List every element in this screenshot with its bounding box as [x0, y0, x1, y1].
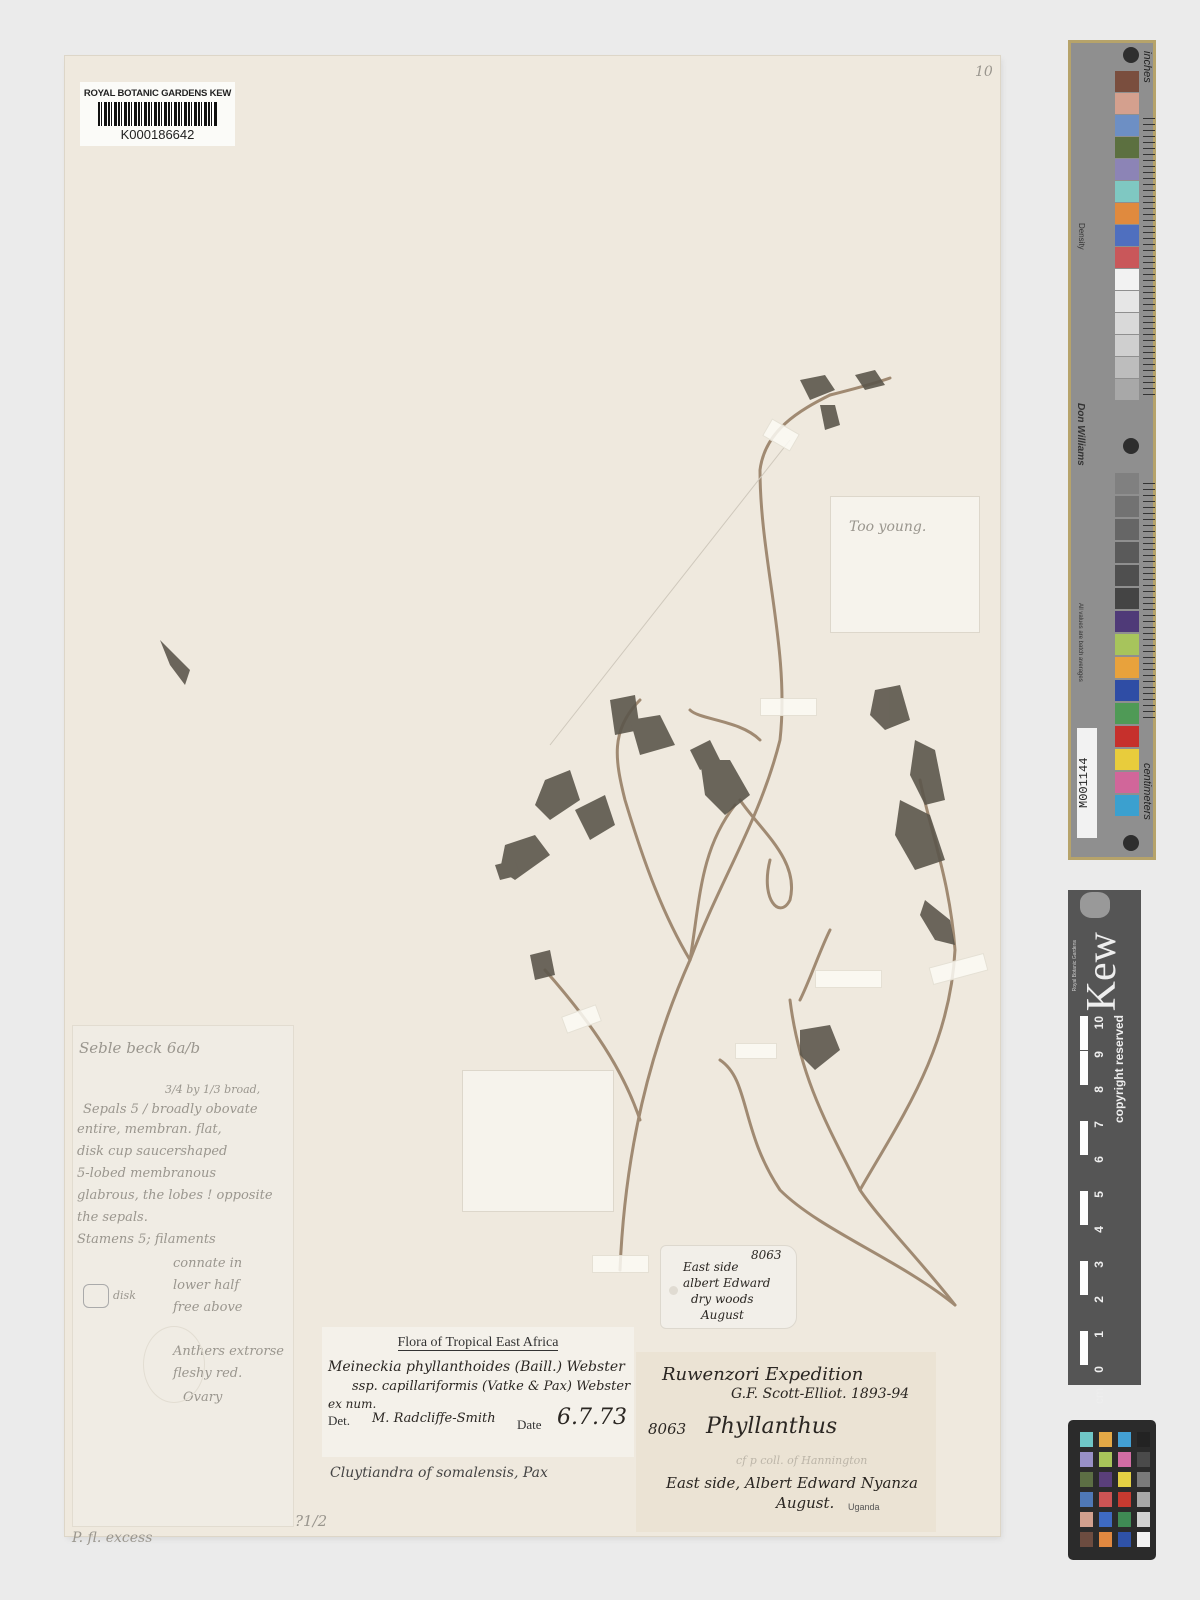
checker-patch [1118, 1472, 1131, 1487]
calibration-swatch [1115, 496, 1139, 517]
calibration-swatch [1115, 542, 1139, 563]
calibration-swatch [1115, 611, 1139, 632]
ruler-unit-cm: centimeters [1141, 763, 1153, 820]
checker-patch [1080, 1472, 1093, 1487]
tag-number: 8063 [751, 1248, 782, 1262]
note-line: the sepals. [77, 1210, 148, 1226]
calibration-swatch [1115, 159, 1139, 180]
checker-patch [1137, 1532, 1150, 1547]
date-label: Date [517, 1417, 542, 1433]
ruler-note: All values are batch averages [1077, 603, 1083, 682]
checker-patch [1099, 1472, 1112, 1487]
determination-label: Flora of Tropical East Africa Meineckia … [322, 1327, 634, 1457]
calibration-swatch [1115, 519, 1139, 540]
calibration-swatch [1115, 749, 1139, 770]
calibration-swatch [1115, 726, 1139, 747]
note-line: entire, membran. flat, [77, 1122, 222, 1138]
mounting-strap [592, 1255, 649, 1273]
kew-logo: Kew [1078, 932, 1128, 1011]
calibration-swatch [1115, 565, 1139, 586]
note-line: glabrous, the lobes ! opposite [77, 1188, 273, 1204]
synonym-note: Cluytiandra of somalensis, Pax [330, 1465, 548, 1481]
calibration-swatch [1115, 247, 1139, 268]
tag-line: dry woods [691, 1292, 754, 1306]
calibration-swatch [1115, 657, 1139, 678]
note-line: 3/4 by 1/3 broad, [165, 1082, 260, 1098]
pencil-footnote: P. fl. excess [72, 1530, 152, 1546]
checker-patch [1099, 1532, 1112, 1547]
calibration-swatch [1115, 772, 1139, 793]
note-line: 5-lobed membranous [77, 1166, 216, 1182]
mounting-strap [815, 970, 882, 988]
checker-patch [1099, 1452, 1112, 1467]
country: Uganda [848, 1502, 880, 1512]
checker-patch [1099, 1432, 1112, 1447]
tag-line: East side [683, 1260, 739, 1274]
calibration-swatch [1115, 203, 1139, 224]
packet-note: Too young. [849, 519, 926, 535]
calibration-swatch [1115, 680, 1139, 701]
tick-label: 9 [1092, 1051, 1106, 1058]
ruler-hole [1123, 438, 1139, 454]
det-label: Det. [328, 1413, 350, 1429]
checker-patch [1118, 1432, 1131, 1447]
tick-label: 4 [1092, 1226, 1106, 1233]
checker-patch [1118, 1532, 1131, 1547]
calibration-swatch [1115, 313, 1139, 334]
cm-scale-ticks [1068, 1016, 1088, 1366]
mounting-strap [760, 698, 817, 716]
det-header-text: Flora of Tropical East Africa [398, 1335, 559, 1351]
note-line: free above [173, 1300, 242, 1316]
calibration-swatch [1115, 357, 1139, 378]
checker-patch [1118, 1452, 1131, 1467]
calibration-swatch [1115, 703, 1139, 724]
calibration-swatch [1115, 225, 1139, 246]
ruler-serial: M001144 [1077, 728, 1097, 838]
ruler-brand: Don Williams [1075, 403, 1086, 466]
calibration-swatch [1115, 93, 1139, 114]
collection-number: 8063 [648, 1420, 686, 1438]
ruler-unit-inches: inches [1141, 51, 1153, 83]
det-date: 6.7.73 [557, 1405, 627, 1430]
calibration-swatch [1115, 137, 1139, 158]
tick-label: 8 [1092, 1086, 1106, 1093]
note-line: Stamens 5; filaments [77, 1232, 216, 1248]
calibration-swatch [1115, 71, 1139, 92]
checker-patch [1137, 1492, 1150, 1507]
note-line: lower half [173, 1278, 239, 1294]
pencil-description-note: Seble beck 6a/b 3/4 by 1/3 broad, Sepals… [72, 1025, 294, 1527]
note-line: Sepals 5 / broadly obovate [83, 1102, 258, 1118]
checker-patch [1080, 1432, 1093, 1447]
calibration-swatch [1115, 181, 1139, 202]
checker-patch [1080, 1452, 1093, 1467]
embossed-stamp [143, 1326, 205, 1403]
collector-label: Ruwenzori Expedition G.F. Scott-Elliot. … [636, 1352, 936, 1532]
fragment-packet [462, 1070, 614, 1212]
tick-label: 2 [1092, 1296, 1106, 1303]
density-label: Density [1077, 223, 1086, 250]
checker-patch [1099, 1512, 1112, 1527]
tag-line: August [701, 1308, 744, 1322]
det-label-header: Flora of Tropical East Africa [322, 1335, 634, 1351]
collection-month: August. [776, 1494, 834, 1512]
ruler-hole [1123, 47, 1139, 63]
calibration-swatch [1115, 795, 1139, 816]
checker-patch [1118, 1512, 1131, 1527]
tag-hole [669, 1286, 678, 1295]
copyright-text: copyright reserved [1112, 1015, 1126, 1123]
taxon-name-line1: Meineckia phyllanthoides (Baill.) Webste… [328, 1359, 625, 1375]
checker-patch [1137, 1432, 1150, 1447]
tag-line: albert Edward [683, 1276, 770, 1290]
pencil-mark: ?1/2 [295, 1512, 327, 1530]
color-checker-card [1068, 1420, 1156, 1560]
royal-crest-icon [1080, 892, 1110, 918]
sketch-caption: disk [113, 1288, 136, 1304]
tick-label: 6 [1092, 1156, 1106, 1163]
ruler-hole [1123, 835, 1139, 851]
tick-label: 5 [1092, 1191, 1106, 1198]
genus-name: Phyllanthus [706, 1414, 837, 1439]
checker-patch [1099, 1492, 1112, 1507]
field-tag: 8063 East side albert Edward dry woods A… [660, 1245, 797, 1329]
locality: East side, Albert Edward Nyanza [666, 1474, 918, 1492]
calibration-swatch [1115, 335, 1139, 356]
taxon-name-line3: ex num. [328, 1397, 376, 1411]
tick-label: 3 [1092, 1261, 1106, 1268]
expedition-name: Ruwenzori Expedition [662, 1364, 863, 1385]
color-calibration-ruler: inches centimeters Don Williams Density … [1068, 40, 1156, 860]
calibration-swatch [1115, 379, 1139, 400]
calibration-swatch [1115, 269, 1139, 290]
calibration-swatch [1115, 115, 1139, 136]
determiner-signature: M. Radcliffe-Smith [372, 1411, 496, 1426]
inch-scale [1143, 118, 1155, 398]
tick-label: 7 [1092, 1121, 1106, 1128]
calibration-swatch [1115, 473, 1139, 494]
kew-subtitle: Royal Botanic Gardens [1072, 940, 1078, 991]
calibration-swatch [1115, 588, 1139, 609]
pencil-comparison-note: cf p coll. of Hannington [736, 1454, 867, 1467]
kew-scale-bar: Kew Royal Botanic Gardens copyright rese… [1068, 890, 1141, 1385]
tick-label: 1 [1092, 1331, 1106, 1338]
calibration-swatch [1115, 291, 1139, 312]
cm-scale [1143, 483, 1155, 723]
checker-patch [1080, 1492, 1093, 1507]
checker-patch [1137, 1512, 1150, 1527]
note-line: connate in [173, 1256, 242, 1272]
note-line: Seble beck 6a/b [79, 1040, 200, 1056]
mounting-strap [735, 1043, 777, 1059]
scale-unit: cm [1092, 1388, 1106, 1404]
tick-label: 0 [1092, 1366, 1106, 1373]
fragment-packet-too-young: Too young. [830, 496, 980, 633]
checker-patch [1118, 1492, 1131, 1507]
collector-name: G.F. Scott-Elliot. 1893-94 [731, 1386, 909, 1402]
checker-patch [1080, 1512, 1093, 1527]
disk-sketch-icon [83, 1284, 109, 1308]
tick-label: 10 [1092, 1016, 1106, 1029]
checker-patch [1137, 1472, 1150, 1487]
calibration-swatch [1115, 634, 1139, 655]
checker-patch [1137, 1452, 1150, 1467]
taxon-name-line2: ssp. capillariformis (Vatke & Pax) Webst… [352, 1379, 630, 1394]
checker-patch [1080, 1532, 1093, 1547]
note-line: disk cup saucershaped [77, 1144, 227, 1160]
